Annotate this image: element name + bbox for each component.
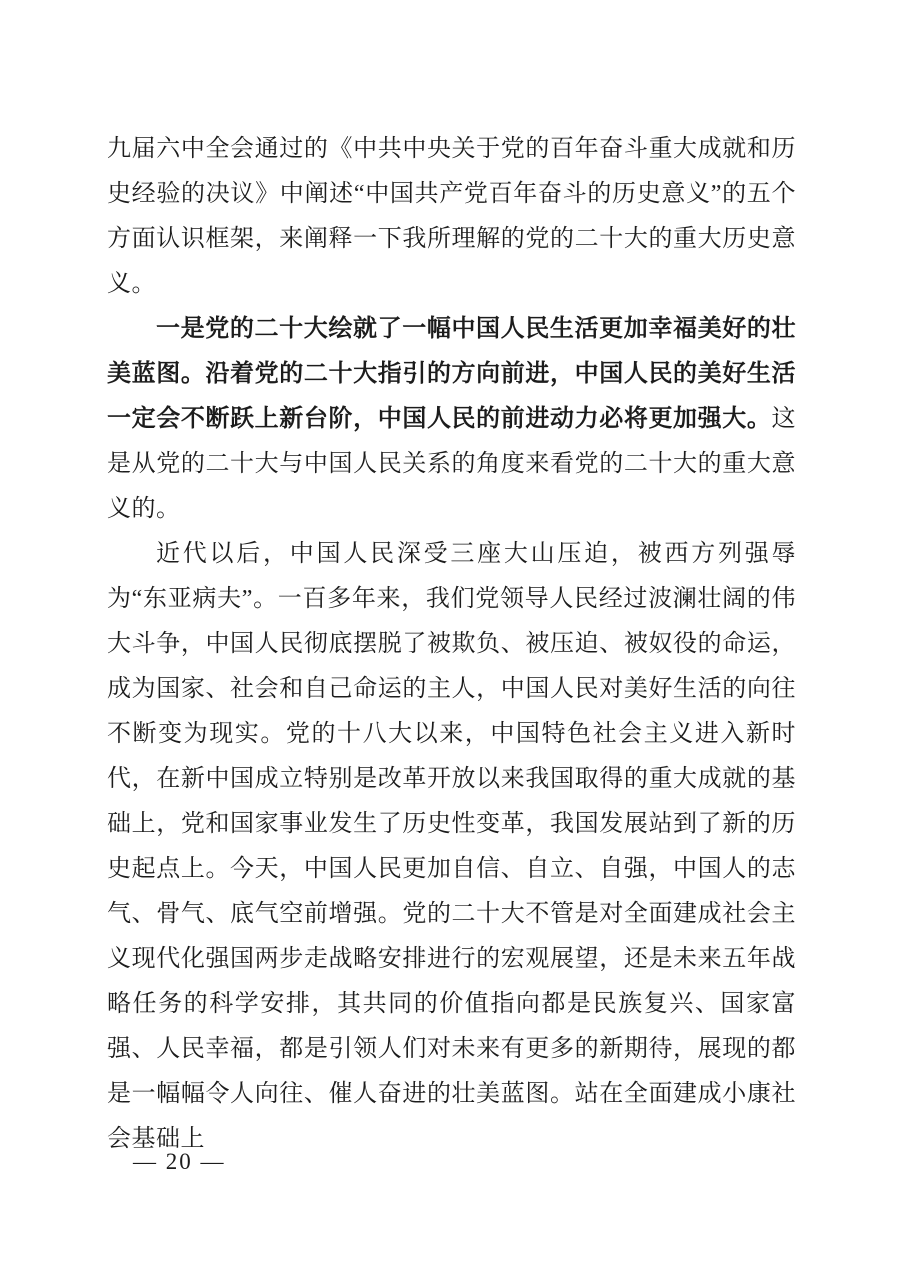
document-page: 九届六中全会通过的《中共中央关于党的百年奋斗重大成就和历史经验的决议》中阐述“中… <box>0 0 900 1273</box>
paragraph-1-text: 九届六中全会通过的《中共中央关于党的百年奋斗重大成就和历史经验的决议》中阐述“中… <box>107 136 796 297</box>
body-paragraph-3: 近代以后，中国人民深受三座大山压迫，被西方列强辱为“东亚病夫”。一百多年来，我们… <box>107 532 796 1162</box>
document-body: 九届六中全会通过的《中共中央关于党的百年奋斗重大成就和历史经验的决议》中阐述“中… <box>107 127 796 1162</box>
paragraph-2-bold-text: 一是党的二十大绘就了一幅中国人民生活更加幸福美好的壮美蓝图。沿着党的二十大指引的… <box>107 316 796 432</box>
page-number: — 20 — <box>133 1146 226 1178</box>
body-paragraph-1: 九届六中全会通过的《中共中央关于党的百年奋斗重大成就和历史经验的决议》中阐述“中… <box>107 127 796 307</box>
paragraph-3-text: 近代以后，中国人民深受三座大山压迫，被西方列强辱为“东亚病夫”。一百多年来，我们… <box>107 541 796 1152</box>
body-paragraph-2: 一是党的二十大绘就了一幅中国人民生活更加幸福美好的壮美蓝图。沿着党的二十大指引的… <box>107 307 796 532</box>
